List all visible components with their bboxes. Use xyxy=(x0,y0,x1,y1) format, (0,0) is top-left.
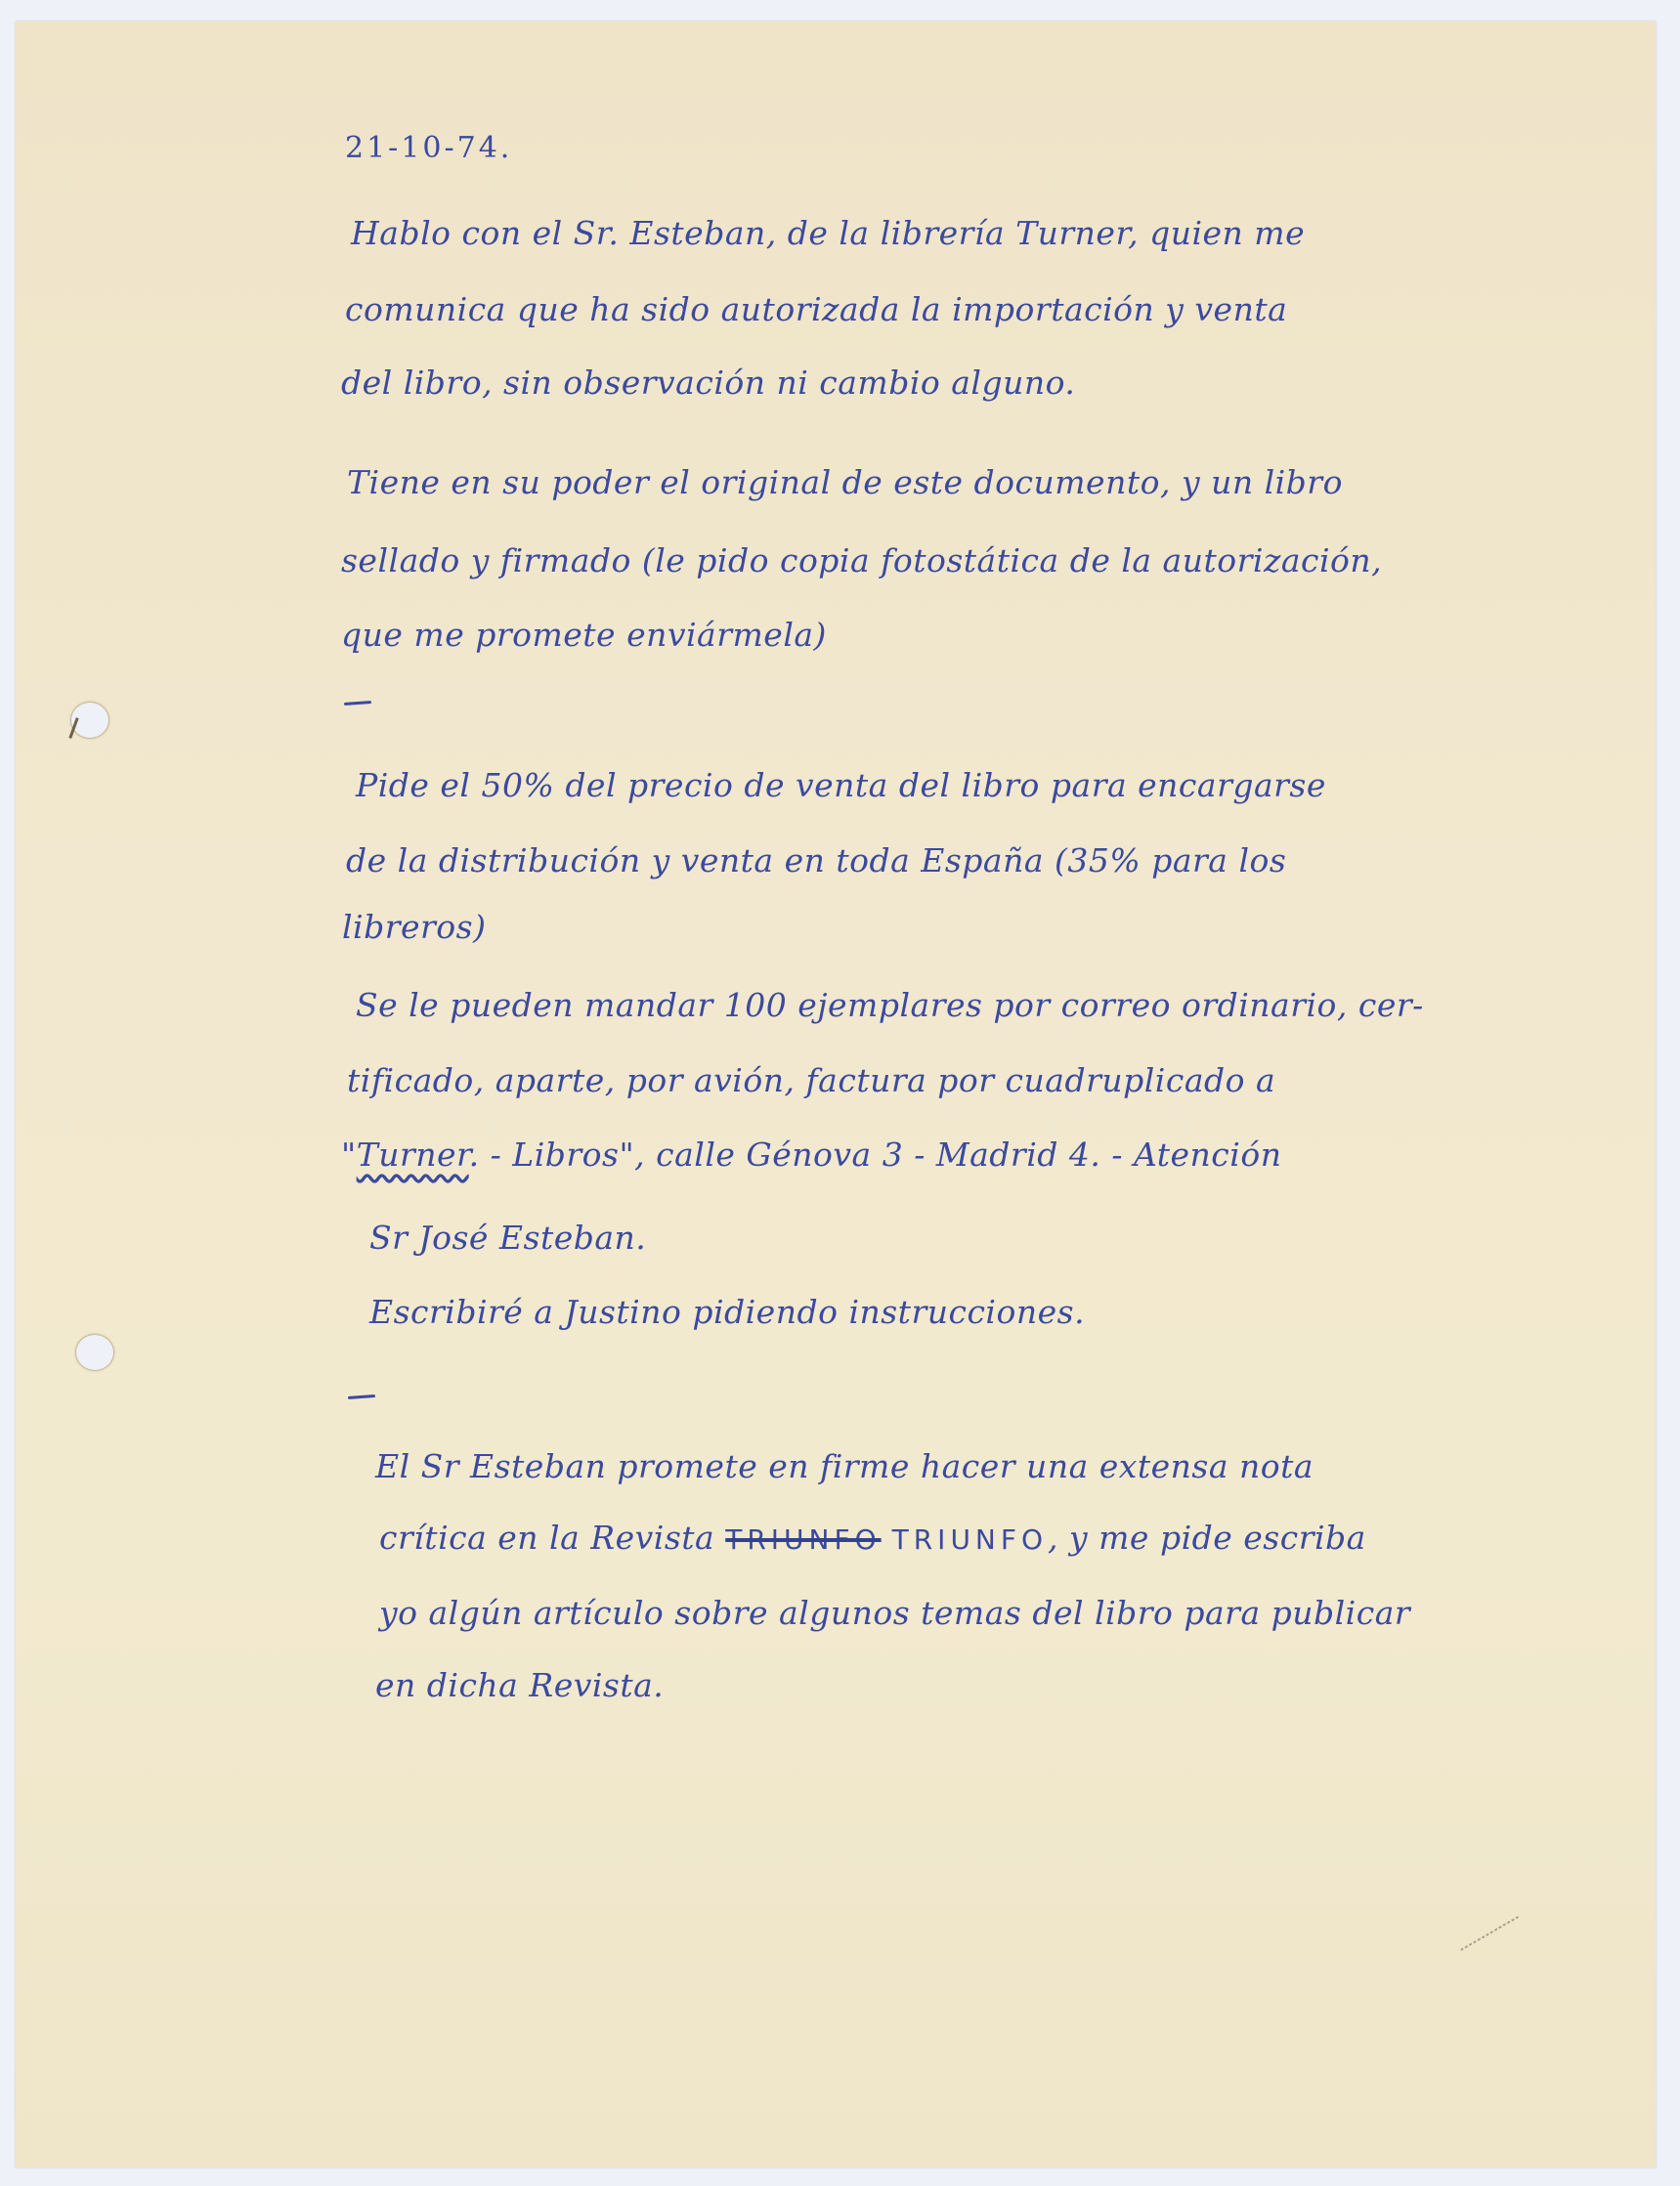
p6-line1: El Sr Esteban promete en firme hacer una… xyxy=(375,1450,1314,1482)
p1-line3: del libro, sin observación ni cambio alg… xyxy=(341,366,1075,399)
pencil-mark xyxy=(1460,1915,1521,1951)
section-separator-1 xyxy=(344,701,371,706)
p5-line1: Escribiré a Justino pidiendo instruccion… xyxy=(369,1296,1085,1328)
p3-line1: Pide el 50% del precio de venta del libr… xyxy=(356,769,1326,801)
p4-line4: Sr José Esteban. xyxy=(369,1222,646,1254)
p6-line2-start: crítica en la Revista xyxy=(379,1519,714,1557)
p3-line2: de la distribución y venta en toda Españ… xyxy=(346,844,1286,877)
p4-line2: tificado, aparte, por avión, factura por… xyxy=(347,1064,1275,1096)
p2-line3: que me promete enviármela) xyxy=(341,619,827,651)
p4-line3: "Turner. - Libros", calle Génova 3 - Mad… xyxy=(341,1138,1281,1171)
p6-line2: crítica en la Revista TRIUNFO TRIUNFO, y… xyxy=(379,1522,1366,1554)
p2-line2: sellado y firmado (le pido copia fotostá… xyxy=(341,544,1382,577)
p6-line2-end: , y me pide escriba xyxy=(1048,1519,1366,1557)
address-text: . - Libros", calle Génova 3 - Madrid 4. … xyxy=(469,1136,1282,1174)
p6-line3: yo algún artículo sobre algunos temas de… xyxy=(379,1597,1410,1629)
p2-line1: Tiene en su poder el original de este do… xyxy=(347,466,1343,498)
punch-hole-bottom xyxy=(75,1334,114,1371)
turner-underlined: Turner xyxy=(357,1136,469,1174)
quote-open: " xyxy=(341,1136,357,1174)
struck-word: TRIUNFO xyxy=(725,1523,881,1556)
section-separator-2 xyxy=(348,1394,375,1399)
p1-line2: comunica que ha sido autorizada la impor… xyxy=(345,293,1287,325)
p3-line3: libreros) xyxy=(342,911,487,943)
handwritten-page: 21-10-74. Hablo con el Sr. Esteban, de l… xyxy=(16,21,1656,2167)
p4-line1: Se le pueden mandar 100 ejemplares por c… xyxy=(356,989,1424,1021)
note-date: 21-10-74. xyxy=(345,134,512,163)
p1-line1: Hablo con el Sr. Esteban, de la librería… xyxy=(351,217,1305,249)
magazine-name: TRIUNFO xyxy=(892,1523,1048,1556)
p6-line4: en dicha Revista. xyxy=(375,1669,664,1701)
